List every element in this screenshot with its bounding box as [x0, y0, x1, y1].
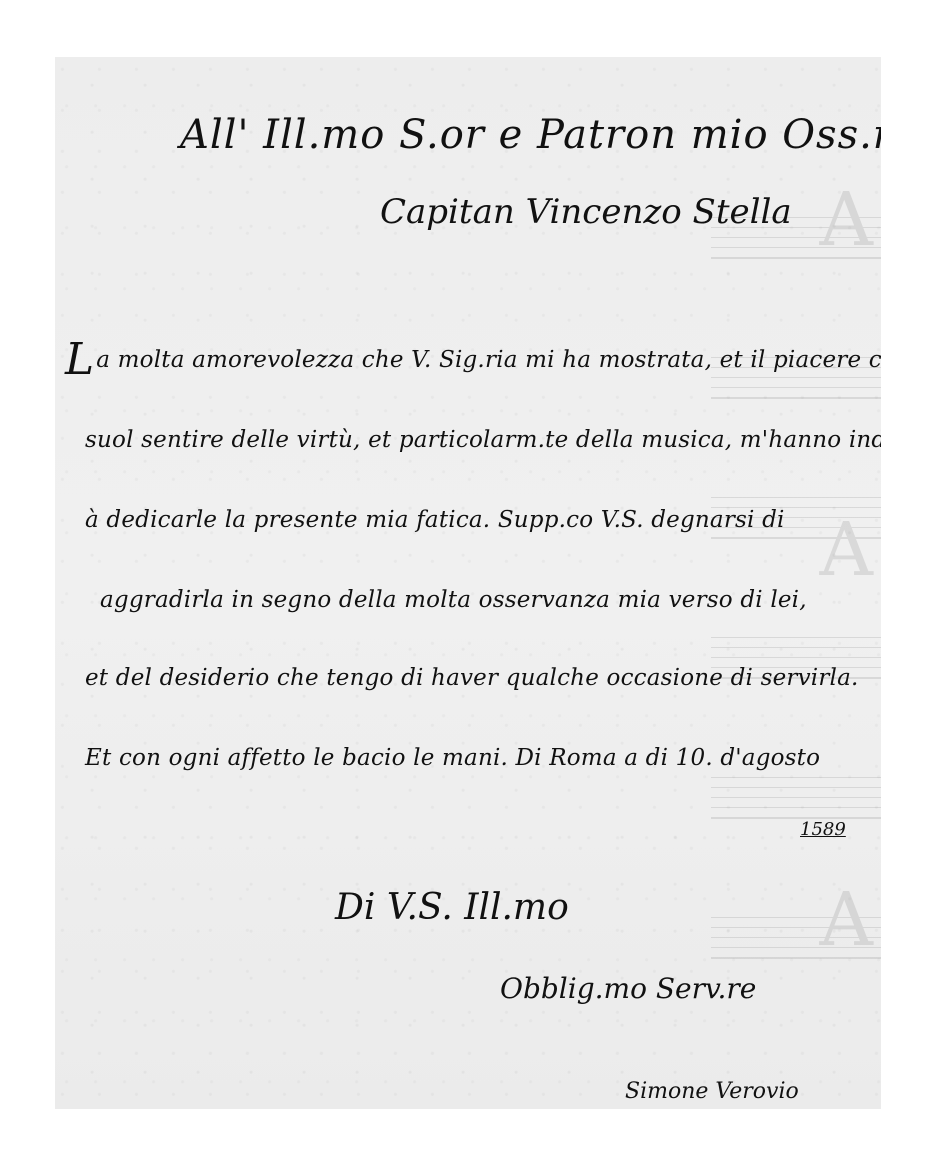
address-line-1: All' Ill.mo S.or e Patron mio Oss.mo il … [180, 112, 881, 158]
closing-line-2: Obblig.mo Serv.re [500, 972, 756, 1005]
manuscript-page: A A A All' Ill.mo S.or e Patron mio Oss.… [55, 57, 881, 1109]
staff-lines [711, 777, 881, 819]
address-line-2: Capitan Vincenzo Stella [380, 192, 792, 232]
closing-line-1: Di V.S. Ill.mo [335, 887, 569, 928]
body-line-text: a molta amorevolezza che V. Sig.ria mi h… [96, 347, 881, 373]
body-line-4: aggradirla in segno della molta osservan… [100, 587, 807, 613]
date-year: 1589 [800, 819, 846, 840]
decorated-initial: L [65, 334, 94, 385]
staff-lines [711, 917, 881, 959]
show-through-letter: A [820, 177, 873, 263]
body-line-3: à dedicarle la presente mia fatica. Supp… [85, 507, 785, 533]
body-line-6: Et con ogni affetto le bacio le mani. Di… [85, 745, 820, 771]
body-line-2: suol sentire delle virtù, et particolarm… [85, 427, 881, 453]
signature: Simone Verovio [625, 1079, 799, 1104]
body-line-1: La molta amorevolezza che V. Sig.ria mi … [65, 347, 881, 373]
show-through-letter: A [820, 877, 873, 963]
body-line-5: et del desiderio che tengo di haver qual… [85, 665, 859, 691]
show-through-letter: A [820, 507, 873, 593]
